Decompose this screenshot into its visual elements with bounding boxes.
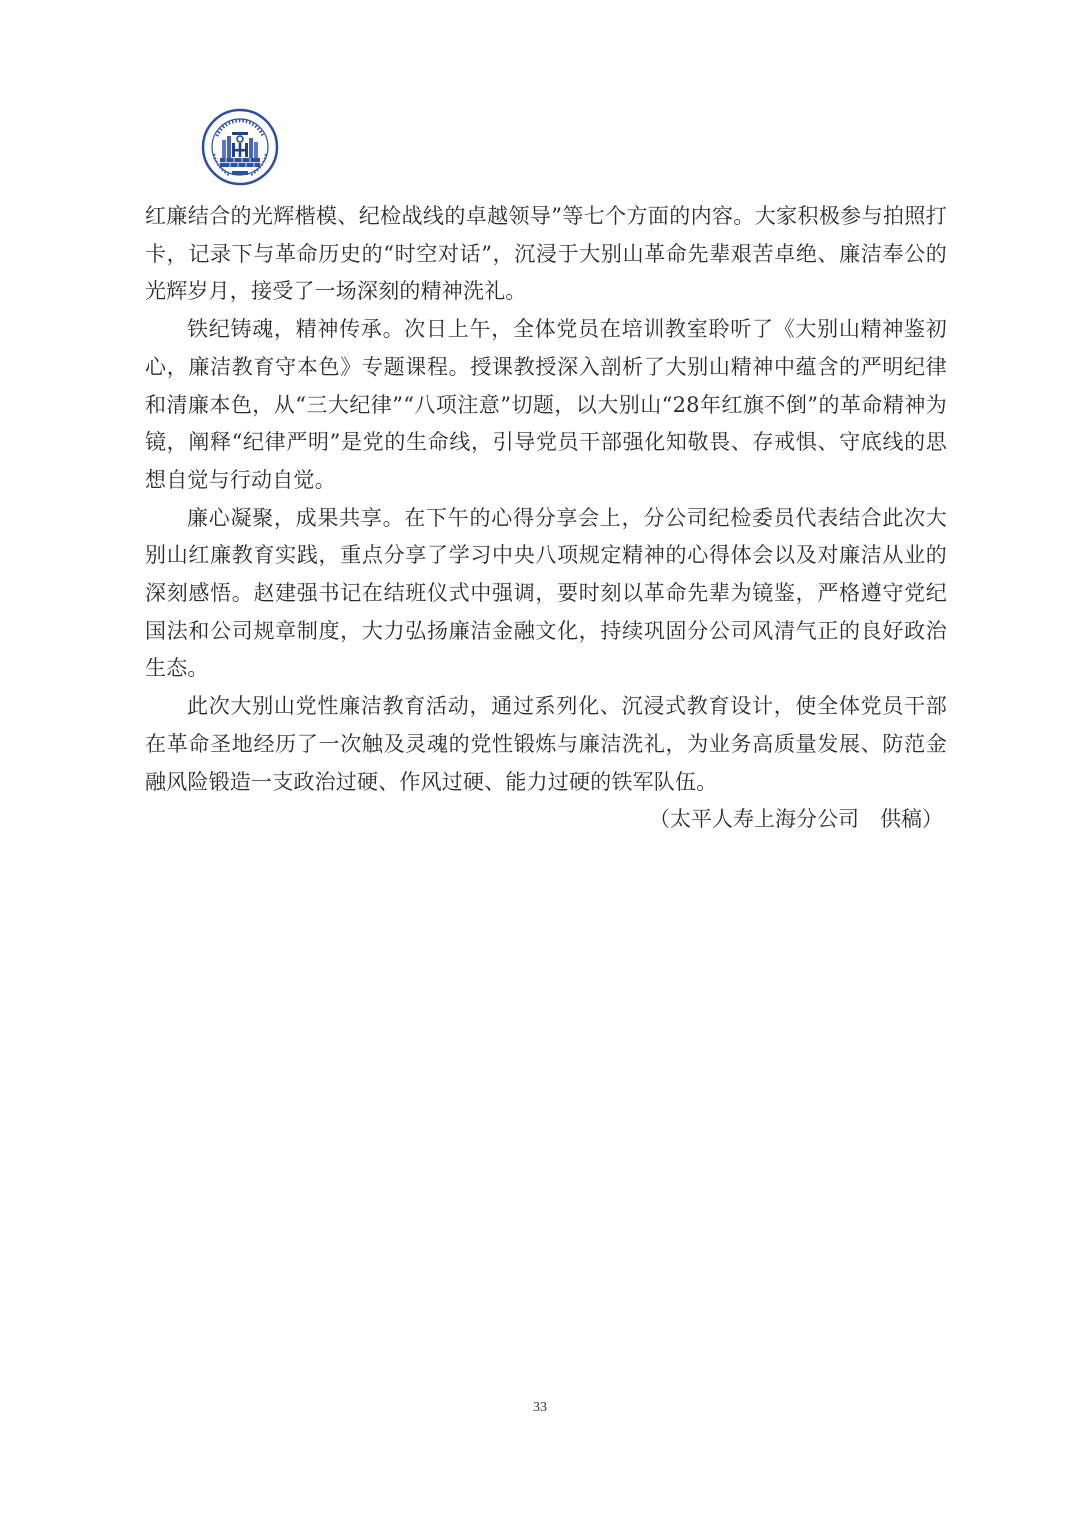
paragraph-conclusion: 此次大别山党性廉洁教育活动，通过系列化、沉浸式教育设计，使全体党员干部在革命圣地… xyxy=(145,688,947,801)
contributor-signature: （太平人寿上海分公司 供稿） xyxy=(145,801,947,839)
paragraph-sharing: 廉心凝聚，成果共享。在下午的心得分享会上，分公司纪检委员代表结合此次大别山红廉教… xyxy=(145,500,947,689)
paragraph-continuation: 红廉结合的光辉楷模、纪检战线的卓越领导”等七个方面的内容。大家积极参与拍照打卡，… xyxy=(145,198,947,311)
paragraph-discipline: 铁纪铸魂，精神传承。次日上午，全体党员在培训教室聆听了《大别山精神鉴初心，廉洁教… xyxy=(145,311,947,500)
article-body: 红廉结合的光辉楷模、纪检战线的卓越领导”等七个方面的内容。大家积极参与拍照打卡，… xyxy=(145,198,947,839)
page-number: 33 xyxy=(0,1400,1080,1416)
lian-he-jin-rong-emblem-icon xyxy=(201,108,279,186)
